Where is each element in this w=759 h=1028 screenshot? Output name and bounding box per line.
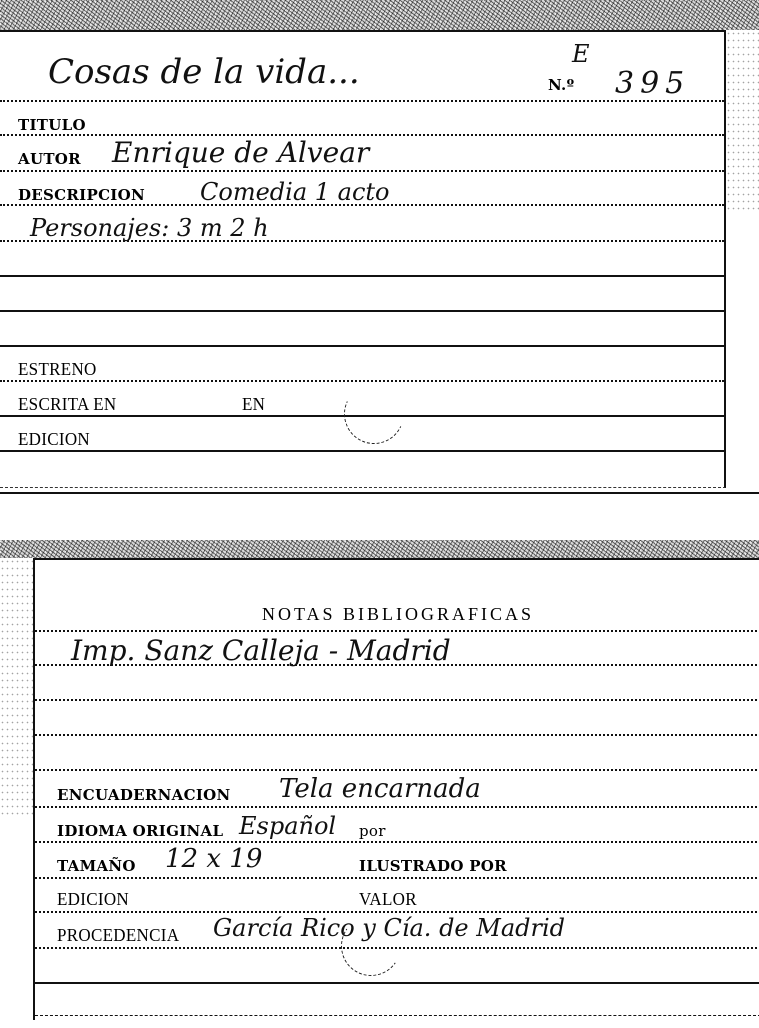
label-tamano: TAMAÑO <box>57 857 136 875</box>
rule-line <box>0 345 724 347</box>
rule-line <box>0 100 724 102</box>
rule-line <box>35 982 759 984</box>
punch-hole-mark <box>336 376 413 453</box>
card-divider <box>0 492 759 494</box>
card-number: 395 <box>615 66 690 101</box>
handwritten-title: Cosas de la vida... <box>48 52 360 92</box>
rule-line <box>0 170 724 172</box>
label-idioma-original: IDIOMA ORIGINAL <box>57 822 223 840</box>
rule-line <box>35 630 759 632</box>
label-descripcion: DESCRIPCION <box>18 186 145 204</box>
label-estreno: ESTRENO <box>18 360 97 381</box>
rule-line <box>35 734 759 736</box>
value-tamano: 12 x 19 <box>165 844 262 874</box>
rule-line <box>0 450 724 452</box>
label-titulo: TITULO <box>18 116 86 134</box>
scan-noise-left <box>0 558 33 818</box>
number-prefix: E <box>572 40 590 68</box>
value-idioma-original: Español <box>239 812 336 840</box>
catalogue-card-front: Cosas de la vida... N.º E 395 TITULO AUT… <box>0 30 726 488</box>
label-en: EN <box>242 395 265 416</box>
label-procedencia: PROCEDENCIA <box>57 926 179 947</box>
value-personajes: Personajes: 3 m 2 h <box>30 214 269 242</box>
rule-line <box>35 699 759 701</box>
rule-line <box>0 310 724 312</box>
rule-line <box>35 769 759 771</box>
catalogue-card-back: NOTAS BIBLIOGRAFICAS Imp. Sanz Calleja -… <box>33 558 759 1020</box>
rule-line <box>35 841 759 843</box>
value-encuadernacion: Tela encarnada <box>279 774 481 804</box>
scan-noise-middle <box>0 540 759 558</box>
value-descripcion: Comedia 1 acto <box>200 178 390 206</box>
label-autor: AUTOR <box>18 150 81 168</box>
rule-line <box>0 380 724 382</box>
label-ilustrado-por: ILUSTRADO POR <box>359 857 507 875</box>
notes-heading: NOTAS BIBLIOGRAFICAS <box>35 604 759 625</box>
rule-line <box>35 1015 759 1016</box>
label-encuadernacion: ENCUADERNACION <box>57 786 231 804</box>
label-edicion-back: EDICION <box>57 890 129 911</box>
label-edicion: EDICION <box>18 430 90 451</box>
label-valor: VALOR <box>359 890 417 911</box>
label-escrita-en: ESCRITA EN <box>18 395 116 416</box>
rule-line <box>0 204 724 206</box>
label-por: por <box>359 822 386 840</box>
rule-line <box>35 806 759 808</box>
rule-line <box>35 877 759 879</box>
number-label: N.º <box>548 76 574 94</box>
value-notes: Imp. Sanz Calleja - Madrid <box>71 634 451 667</box>
scan-noise-top <box>0 0 759 30</box>
value-autor: Enrique de Alvear <box>112 136 369 169</box>
scan-noise-right <box>726 30 759 210</box>
rule-line <box>35 911 759 913</box>
rule-line <box>35 664 759 666</box>
rule-line <box>0 240 724 242</box>
rule-line <box>0 275 724 277</box>
